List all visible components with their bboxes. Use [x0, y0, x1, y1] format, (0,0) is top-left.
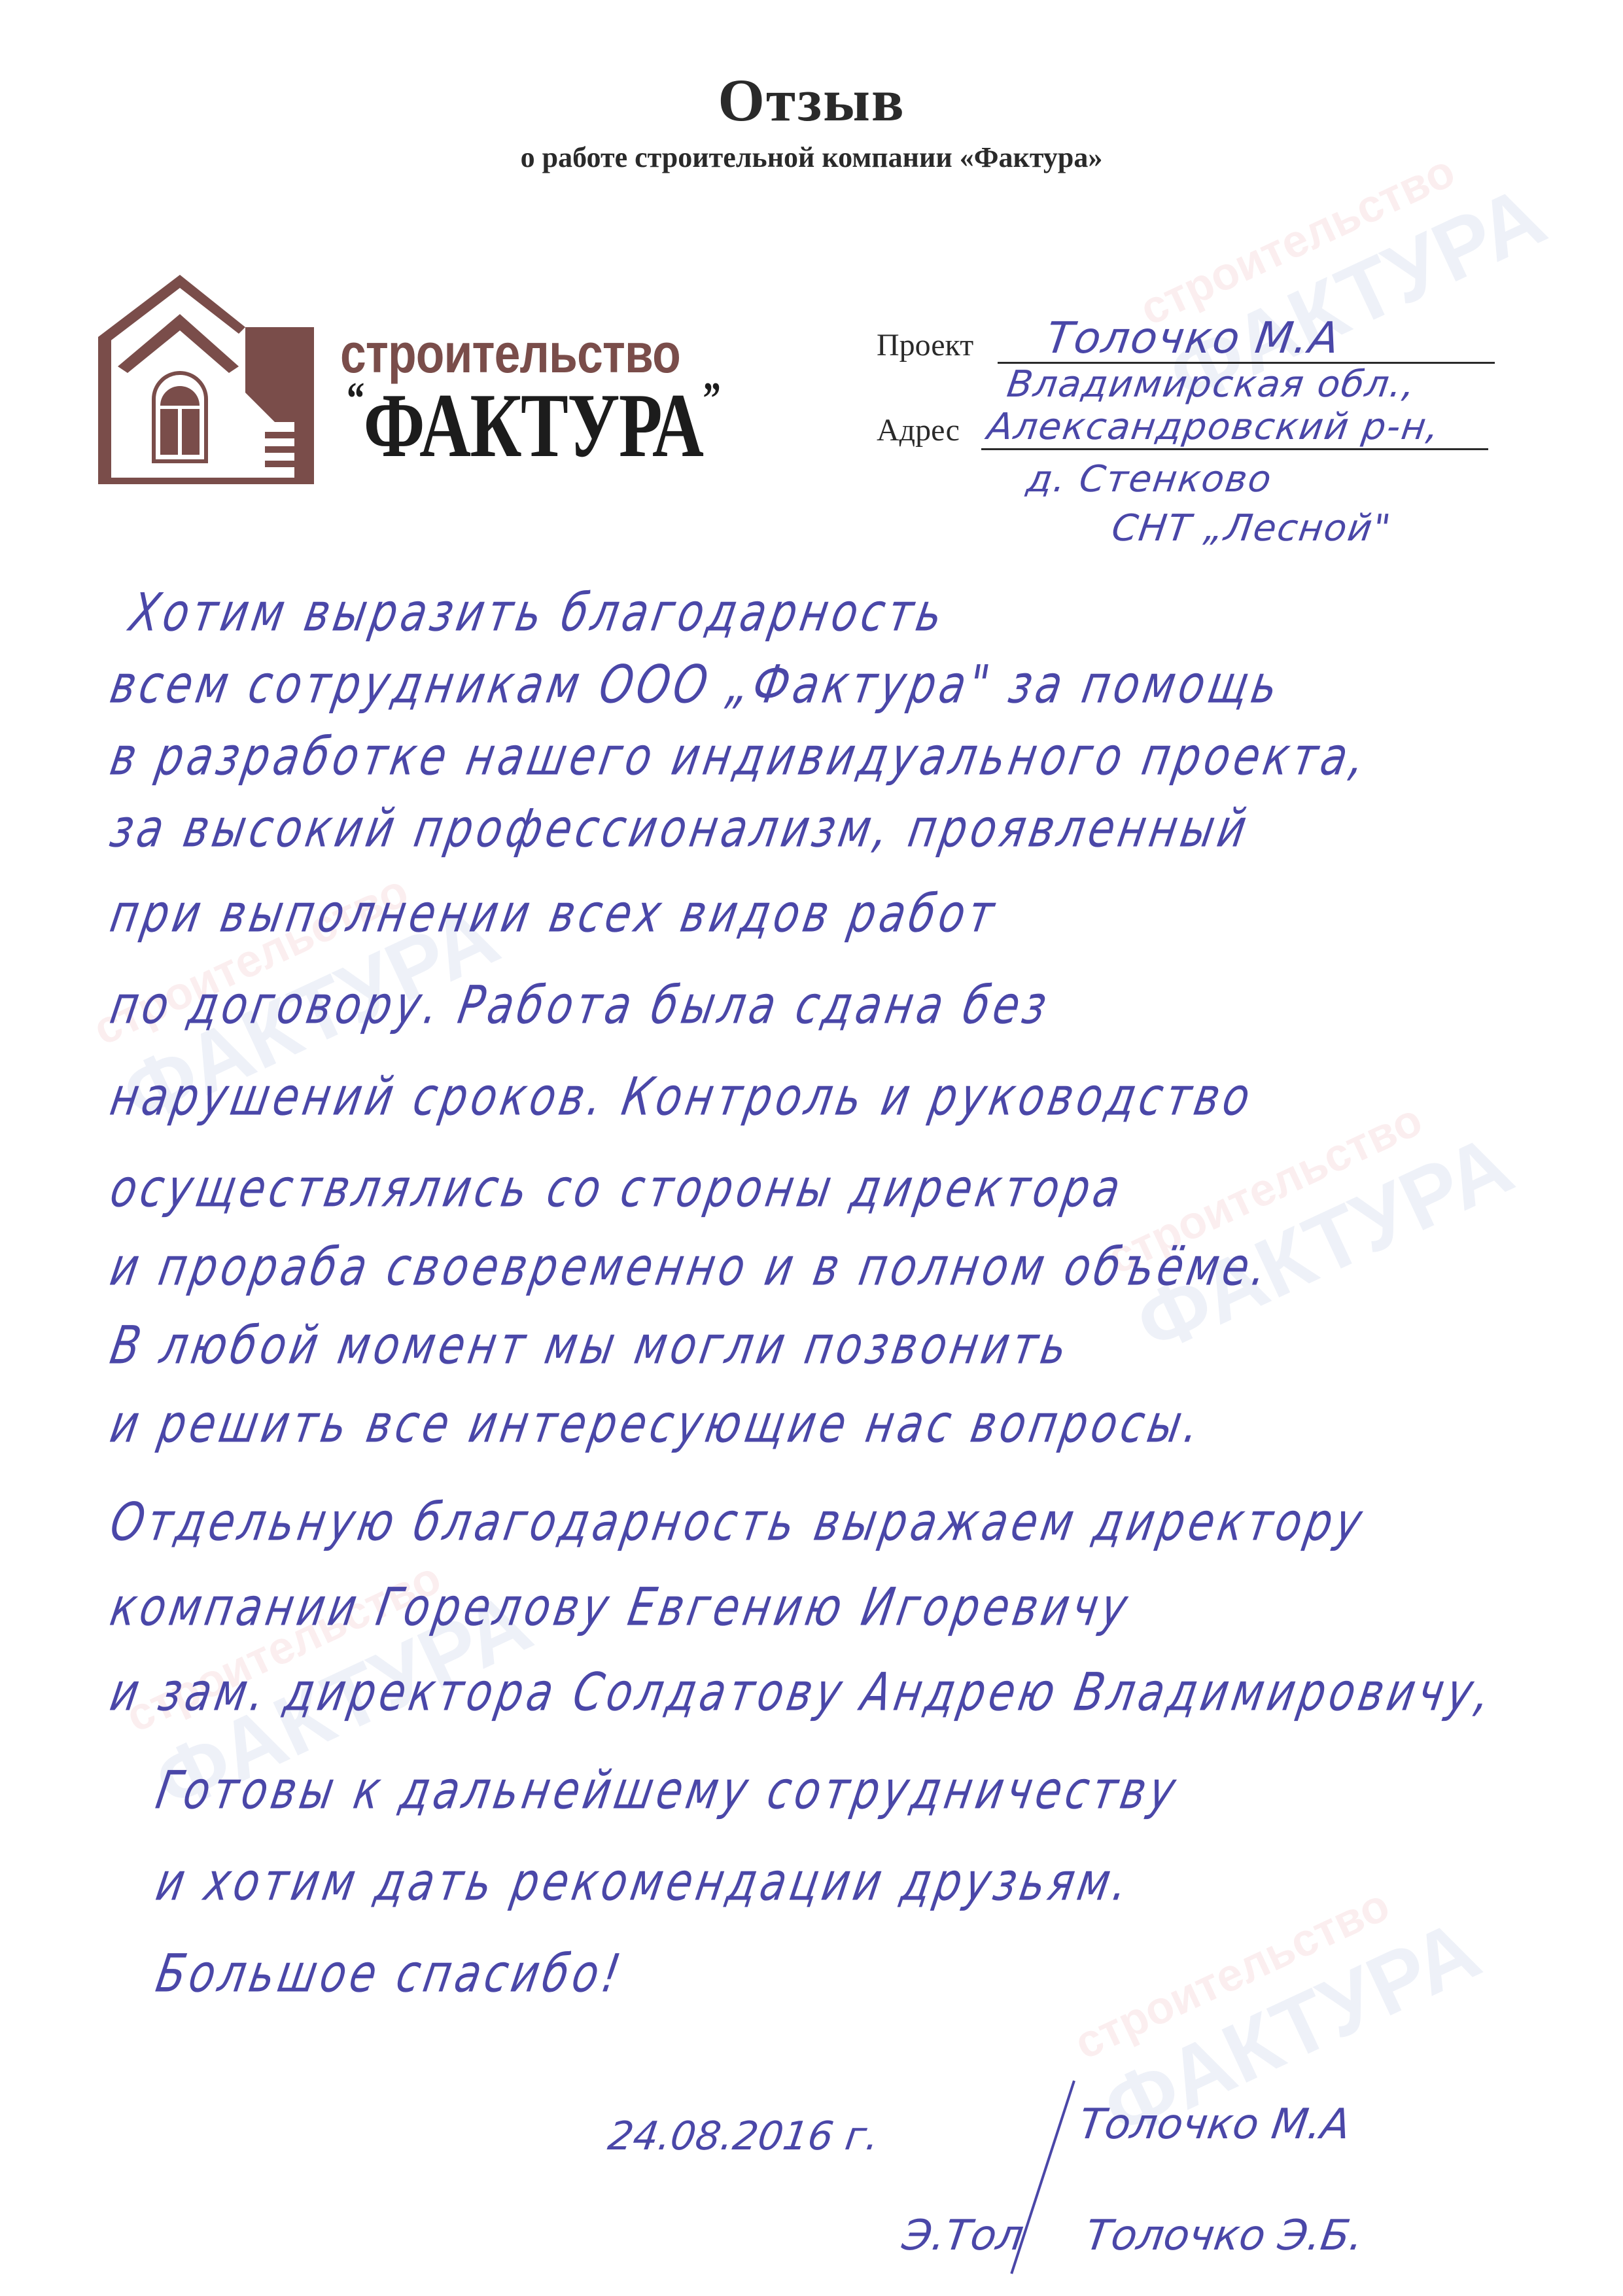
document-subtitle: о работе строительной компании «Фактура» — [0, 141, 1623, 174]
signer-name: Толочко Э.Б. — [1083, 2212, 1367, 2260]
document-title: Отзыв — [0, 65, 1623, 135]
body-line: компании Горелову Евгению Игоревичу — [106, 1578, 1136, 1638]
body-line: по договору. Работа была сдана без — [106, 976, 1055, 1036]
body-line: и решить все интересующие нас вопросы. — [106, 1394, 1208, 1455]
project-label: Проект — [877, 327, 973, 363]
logo-brand-name: “ФАКТУРА” — [347, 373, 720, 478]
body-line: Готовы к дальнейшему сотрудничеству — [152, 1761, 1184, 1822]
signer-name: Толочко М.А — [1076, 2100, 1353, 2149]
body-line: всем сотрудникам ООО „Фактура" за помощь — [106, 655, 1286, 716]
body-line: Большое спасибо! — [152, 1944, 629, 2005]
body-line: осуществлялись со стороны директора — [106, 1159, 1128, 1220]
body-line: при выполнении всех видов работ — [106, 884, 1002, 945]
body-line: и прораба своевременно и в полном объёме… — [106, 1237, 1275, 1298]
house-icon — [98, 275, 340, 484]
body-line: В любой момент мы могли позвонить — [106, 1316, 1075, 1377]
body-line: нарушений сроков. Контроль и руководство — [106, 1067, 1259, 1128]
body-line: в разработке нашего индивидуального прое… — [106, 727, 1374, 788]
address-line: Владимирская обл., — [1004, 363, 1419, 406]
address-line: д. Стенково — [1024, 458, 1275, 501]
signer-mark: Э.Тол — [899, 2212, 1027, 2260]
body-line: за высокий профессионализм, проявленный — [106, 799, 1255, 860]
body-line: и хотим дать рекомендации друзьям. — [152, 1852, 1136, 1913]
project-value: Толочко М.А — [1043, 313, 1344, 363]
body-line: Хотим выразить благодарность — [126, 583, 951, 644]
address-label: Адрес — [877, 412, 960, 448]
address-line: СНТ „Лесной" — [1109, 507, 1394, 550]
review-date: 24.08.2016 г. — [605, 2113, 882, 2159]
body-line: и зам. директора Солдатову Андрею Владим… — [106, 1663, 1499, 1723]
body-line: Отдельную благодарность выражаем директо… — [106, 1492, 1370, 1553]
address-underline — [981, 448, 1488, 450]
address-line: Александровский р-н, — [985, 406, 1442, 448]
company-logo: строительство “ФАКТУРА” — [98, 275, 759, 484]
